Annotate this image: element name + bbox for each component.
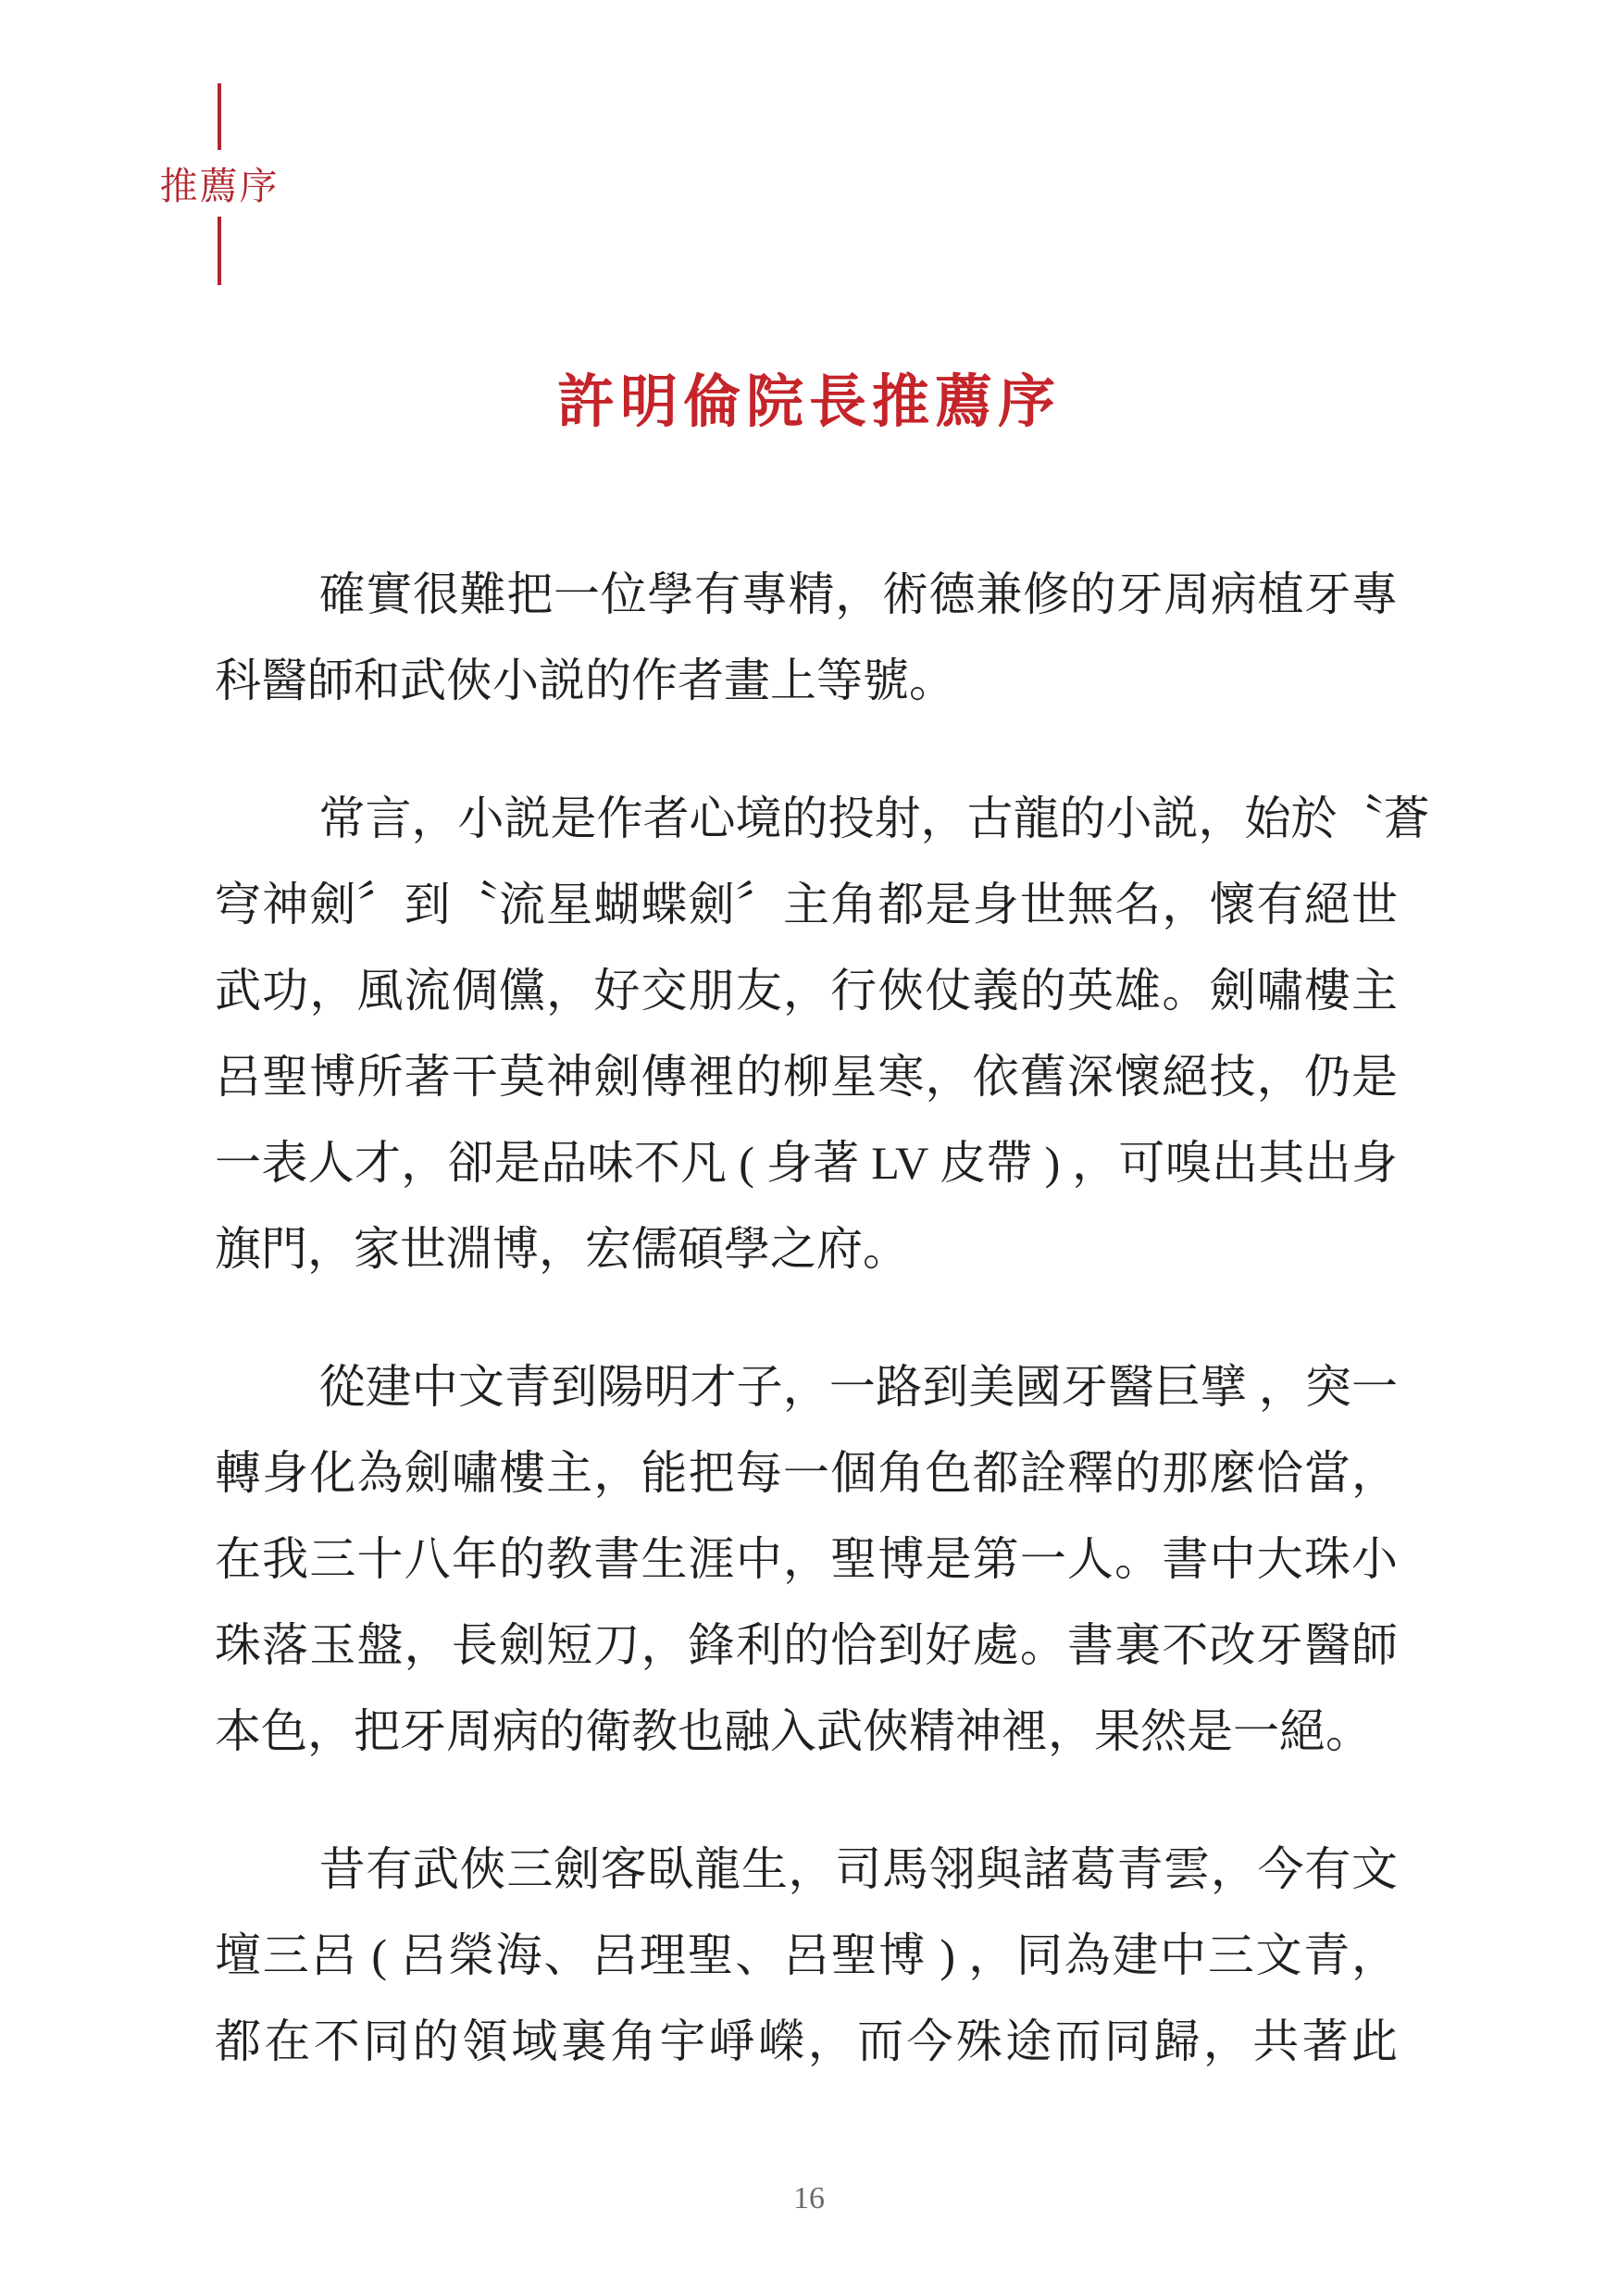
body-line: 科醫師和武俠小説的作者畫上等號。 bbox=[215, 638, 1398, 724]
body-line: 穹神劍〞到〝流星蝴蝶劍〞主角都是身世無名，懷有絕世 bbox=[215, 862, 1398, 948]
body-line: 本色，把牙周病的衛教也融入武俠精神裡，果然是一絕。 bbox=[215, 1689, 1398, 1775]
body-line: 武功，風流倜儻，好交朋友，行俠仗義的英雄。劍嘯樓主 bbox=[215, 948, 1398, 1034]
body-line: 旗門，家世淵博，宏儒碩學之府。 bbox=[215, 1206, 1398, 1292]
page-number: 16 bbox=[0, 2183, 1618, 2215]
body-line: 都在不同的領域裏角宇崢嶸，而今殊途而同歸，共著此 bbox=[215, 1999, 1398, 2085]
body-line: 從建中文青到陽明才子，一路到美國牙醫巨擘 ，突一 bbox=[215, 1344, 1398, 1430]
body-line: 呂聖博所著干莫神劍傳裡的柳星寒，依舊深懷絕技，仍是 bbox=[215, 1034, 1398, 1120]
body-line: 一表人才，卻是品味不凡 ( 身著 LV 皮帶 ) ，可嗅出其出身 bbox=[215, 1120, 1398, 1206]
vertical-rule-top bbox=[218, 83, 221, 150]
body-line: 常言，小説是作者心境的投射，古龍的小説，始於〝蒼 bbox=[215, 776, 1398, 862]
body-line: 轉身化為劍嘯樓主，能把每一個角色都詮釋的那麼恰當， bbox=[215, 1430, 1398, 1516]
paragraph: 從建中文青到陽明才子，一路到美國牙醫巨擘 ，突一 轉身化為劍嘯樓主，能把每一個角… bbox=[215, 1344, 1398, 1775]
chapter-marker-label: 推薦序 bbox=[160, 168, 280, 206]
paragraph: 昔有武俠三劍客臥龍生，司馬翎與諸葛青雲，今有文 壇三呂 ( 呂榮海、呂理聖、呂聖… bbox=[215, 1827, 1398, 2085]
body-text: 確實很難把一位學有專精，術德兼修的牙周病植牙專 科醫師和武俠小説的作者畫上等號。… bbox=[215, 552, 1398, 2085]
body-line: 壇三呂 ( 呂榮海、呂理聖、呂聖博 ) ，同為建中三文青， bbox=[215, 1913, 1398, 1999]
vertical-rule-bottom bbox=[218, 217, 221, 285]
paragraph: 常言，小説是作者心境的投射，古龍的小説，始於〝蒼 穹神劍〞到〝流星蝴蝶劍〞主角都… bbox=[215, 776, 1398, 1292]
section-title: 許明倫院長推薦序 bbox=[0, 374, 1618, 431]
body-line: 確實很難把一位學有專精，術德兼修的牙周病植牙專 bbox=[215, 552, 1398, 638]
body-line: 昔有武俠三劍客臥龍生，司馬翎與諸葛青雲，今有文 bbox=[215, 1827, 1398, 1913]
chapter-marker: 推薦序 bbox=[158, 83, 280, 285]
paragraph: 確實很難把一位學有專精，術德兼修的牙周病植牙專 科醫師和武俠小説的作者畫上等號。 bbox=[215, 552, 1398, 724]
body-line: 珠落玉盤，長劍短刀，鋒利的恰到好處。書裏不改牙醫師 bbox=[215, 1603, 1398, 1689]
body-line: 在我三十八年的教書生涯中，聖博是第一人。書中大珠小 bbox=[215, 1516, 1398, 1603]
